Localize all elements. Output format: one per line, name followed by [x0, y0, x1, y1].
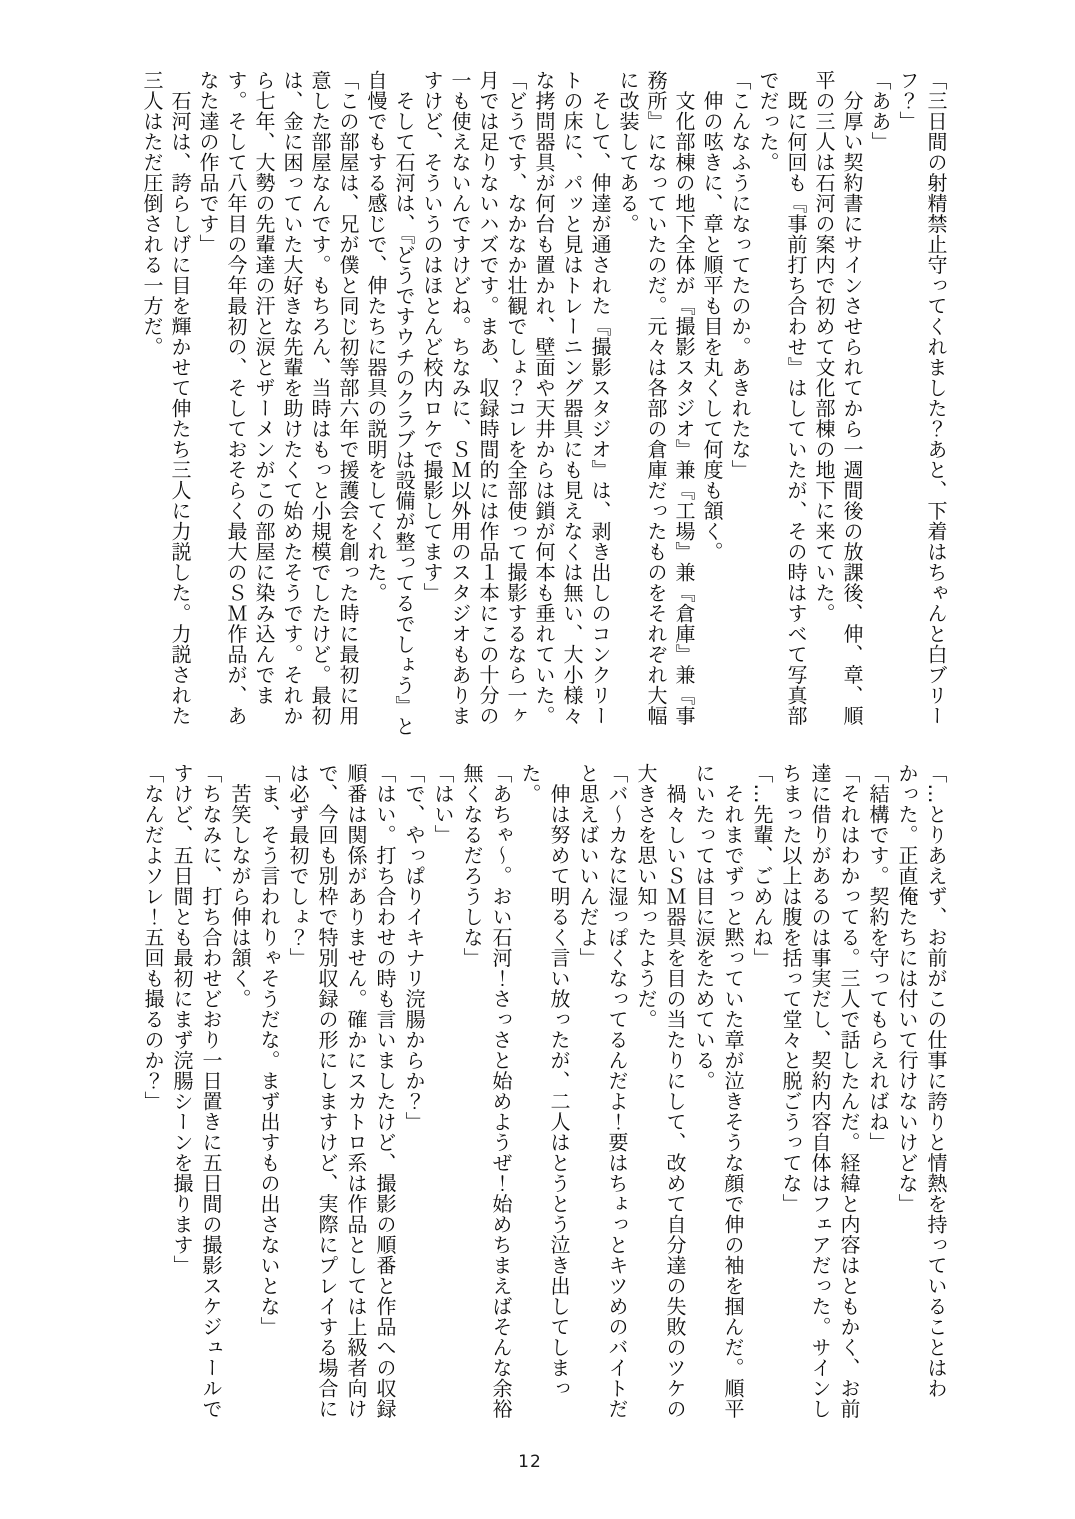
paragraph: 苦笑しながら伸は頷く。	[225, 763, 254, 1437]
bottom-text-block: 「…とりあえず、お前がこの仕事に誇りと情熱を持っていることはわかった。正直俺たち…	[138, 763, 950, 1437]
top-text-block: 「三日間の射精禁止守ってくれました？あと、下着はちゃんと白ブリーフ？」 「ああ」…	[138, 70, 950, 738]
paragraph: 「結構です。契約を守ってもらえればね」	[863, 763, 892, 1437]
paragraph: そして、伸達が通された『撮影スタジオ』は、剥き出しのコンクリートの床に、パッと見…	[530, 70, 614, 738]
paragraph: 伸は努めて明るく言い放ったが、二人はとうとう泣き出してしまった。	[515, 763, 573, 1437]
paragraph: 「どうです、なかなか壮観でしょ？コレを全部使って撮影するなら一ヶ月では足りないハ…	[418, 70, 530, 738]
scanned-page: 「三日間の射精禁止守ってくれました？あと、下着はちゃんと白ブリーフ？」 「ああ」…	[0, 0, 1075, 1519]
paragraph: 「三日間の射精禁止守ってくれました？あと、下着はちゃんと白ブリーフ？」	[894, 70, 950, 738]
paragraph: 「で、やっぱりイキナリ浣腸からか？」	[399, 763, 428, 1437]
paragraph: 「ああ」	[866, 70, 894, 738]
paragraph: 既に何回も『事前打ち合わせ』はしていたが、その時はすべて写真部でだった。	[754, 70, 810, 738]
paragraph: 「それはわかってる。三人で話したんだ。経緯と内容はともかく、お前達に借りがあるの…	[776, 763, 863, 1437]
paragraph: 石河は、誇らしげに目を輝かせて伸たち三人に力説した。力説された三人はただ圧倒され…	[138, 70, 194, 738]
paragraph: 「ちなみに、打ち合わせどおり一日置きに五日間の撮影スケジュールですけど、五日間と…	[167, 763, 225, 1437]
paragraph: 「この部屋は、兄が僕と同じ初等部六年で援護会を創った時に最初に用意した部屋なんで…	[194, 70, 362, 738]
paragraph: それまでずっと黙っていた章が泣きそうな顔で伸の袖を掴んだ。順平にいたっては目に涙…	[689, 763, 747, 1437]
paragraph: 「はい。打ち合わせの時も言いましたけど、撮影の順番と作品への収録順番は関係があり…	[283, 763, 399, 1437]
paragraph: 「…とりあえず、お前がこの仕事に誇りと情熱を持っていることはわかった。正直俺たち…	[892, 763, 950, 1437]
paragraph: そして石河は、『どうですウチのクラブは設備が整ってるでしょう』と自慢でもする感じ…	[362, 70, 418, 738]
paragraph: 文化部棟の地下全体が『撮影スタジオ』兼『工場』兼『倉庫』兼『事務所』になっていた…	[614, 70, 698, 738]
paragraph: 禍々しいＳＭ器具を目の当たりにして、改めて自分達の失敗のツケの大きさを思い知った…	[631, 763, 689, 1437]
paragraph: 伸の呟きに、章と順平も目を丸くして何度も頷く。	[698, 70, 726, 738]
paragraph: 「あちゃ～。おい石河！さっさと始めようぜ！始めちまえばそんな余裕無くなるだろうし…	[457, 763, 515, 1437]
paragraph: 「ま、そう言われりゃそうだな。まず出すもの出さないとな」	[254, 763, 283, 1437]
paragraph: 「バ～カなに湿っぽくなってるんだよ！要はちょっとキツめのバイトだと思えばいいんだ…	[573, 763, 631, 1437]
paragraph: 「…先輩、ごめんね」	[747, 763, 776, 1437]
paragraph: 「はい」	[428, 763, 457, 1437]
paragraph: 「こんなふうになってたのか。あきれたな」	[726, 70, 754, 738]
paragraph: 「なんだよソレ！五回も撮るのか？」	[138, 763, 167, 1437]
paragraph: 分厚い契約書にサインさせられてから一週間後の放課後、伸、章、順平の三人は石河の案…	[810, 70, 866, 738]
page-number: 12	[0, 1452, 1060, 1472]
